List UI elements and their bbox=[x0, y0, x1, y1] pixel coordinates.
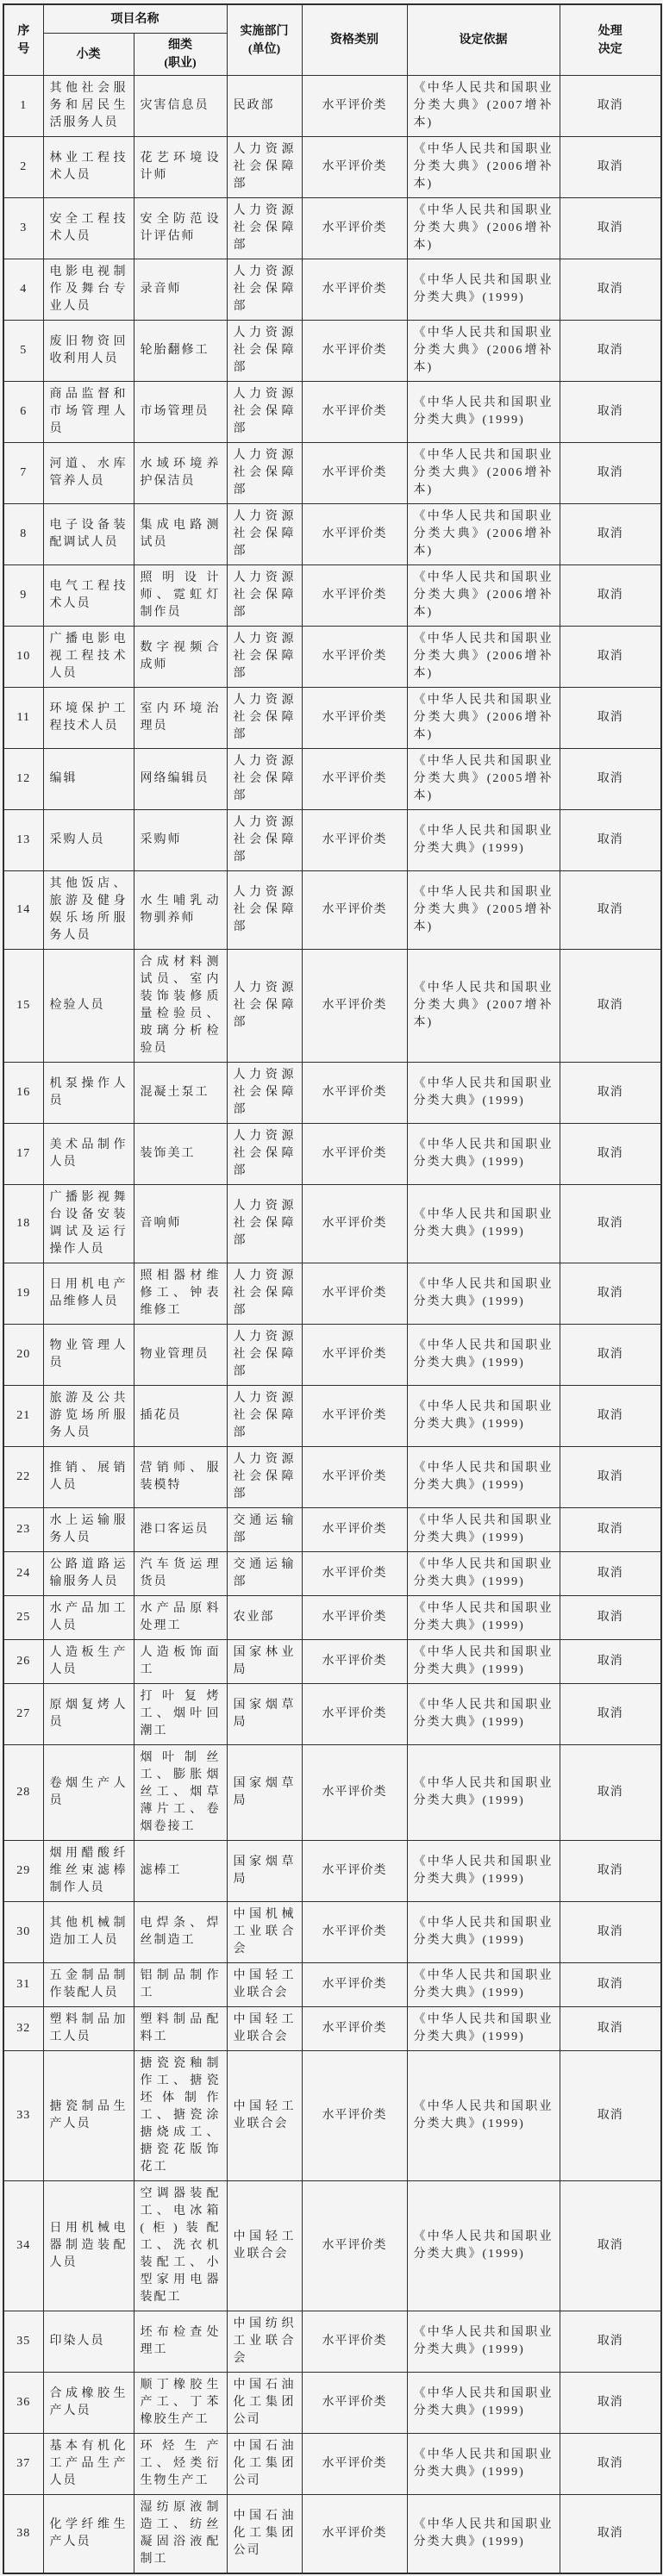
table-row: 11环境保护工程技术人员室内环境治理员人力资源社会保障部水平评价类《中华人民共和… bbox=[3, 688, 661, 749]
cell-setting-basis: 《中华人民共和国职业分类大典》(1999) bbox=[407, 1596, 560, 1640]
cell-fine-class-occupation: 室内环境治理员 bbox=[134, 688, 227, 749]
cell-handling-decision: 取消 bbox=[560, 443, 661, 504]
cell-setting-basis: 《中华人民共和国职业分类大典》(1999) bbox=[407, 2373, 560, 2434]
cell-fine-class-occupation: 人造板饰面工 bbox=[134, 1640, 227, 1684]
cell-serial-number: 29 bbox=[3, 1841, 43, 1902]
cell-fine-class-occupation: 空调器装配工、电冰箱(柜)装配工、洗衣机装配工、小型家用电器装配工 bbox=[134, 2181, 227, 2311]
cell-fine-class-occupation: 市场管理员 bbox=[134, 382, 227, 443]
table-row: 38化学纤维生产人员湿纺原液制造工、纺丝凝固浴液配制工中国石油化工集团公司水平评… bbox=[3, 2495, 661, 2574]
cell-handling-decision: 取消 bbox=[560, 1325, 661, 1386]
cell-fine-class-occupation: 水生哺乳动物驯养师 bbox=[134, 871, 227, 950]
cell-handling-decision: 取消 bbox=[560, 749, 661, 810]
cell-qualification-category: 水平评价类 bbox=[302, 627, 407, 688]
table-row: 2林业工程技术人员花艺环境设计师人力资源社会保障部水平评价类《中华人民共和国职业… bbox=[3, 137, 661, 198]
cell-qualification-category: 水平评价类 bbox=[302, 1841, 407, 1902]
cell-setting-basis: 《中华人民共和国职业分类大典》(1999) bbox=[407, 1063, 560, 1124]
cell-serial-number: 22 bbox=[3, 1447, 43, 1508]
cell-implementing-department: 人力资源社会保障部 bbox=[227, 504, 302, 565]
cell-setting-basis: 《中华人民共和国职业分类大典》(1999) bbox=[407, 1963, 560, 2007]
cell-small-class: 美术品制作人员 bbox=[43, 1124, 134, 1185]
cell-implementing-department: 中国轻工业联合会 bbox=[227, 2181, 302, 2311]
cell-setting-basis: 《中华人民共和国职业分类大典》(1999) bbox=[407, 810, 560, 871]
cell-qualification-category: 水平评价类 bbox=[302, 321, 407, 382]
cell-setting-basis: 《中华人民共和国职业分类大典》(1999) bbox=[407, 2495, 560, 2574]
cell-small-class: 电子设备装配调试人员 bbox=[43, 504, 134, 565]
table-row: 19日用机电产品维修人员照相器材维修工、钟表维修工人力资源社会保障部水平评价类《… bbox=[3, 1263, 661, 1325]
cell-setting-basis: 《中华人民共和国职业分类大典》(2006增补本) bbox=[407, 565, 560, 627]
cell-implementing-department: 国家烟草局 bbox=[227, 1684, 302, 1745]
cell-small-class: 编辑 bbox=[43, 749, 134, 810]
cell-small-class: 日用机械电器制造装配人员 bbox=[43, 2181, 134, 2311]
cell-small-class: 电气工程技术人员 bbox=[43, 565, 134, 627]
table-row: 9电气工程技术人员照明设计师、霓虹灯制作员人力资源社会保障部水平评价类《中华人民… bbox=[3, 565, 661, 627]
cell-fine-class-occupation: 营销师、服装模特 bbox=[134, 1447, 227, 1508]
cell-serial-number: 11 bbox=[3, 688, 43, 749]
cell-implementing-department: 人力资源社会保障部 bbox=[227, 810, 302, 871]
table-row: 30其他机械制造加工人员电焊条、焊丝制造工中国机械工业联合会水平评价类《中华人民… bbox=[3, 1902, 661, 1963]
cell-serial-number: 26 bbox=[3, 1640, 43, 1684]
table-row: 5废旧物资回收利用人员轮胎翻修工人力资源社会保障部水平评价类《中华人民共和国职业… bbox=[3, 321, 661, 382]
cell-implementing-department: 国家烟草局 bbox=[227, 1841, 302, 1902]
table-row: 35印染人员坯布检查处理工中国纺织工业联合会水平评价类《中华人民共和国职业分类大… bbox=[3, 2311, 661, 2373]
cell-qualification-category: 水平评价类 bbox=[302, 1263, 407, 1325]
cell-fine-class-occupation: 铝制品制作工 bbox=[134, 1963, 227, 2007]
cell-serial-number: 3 bbox=[3, 198, 43, 259]
cell-serial-number: 38 bbox=[3, 2495, 43, 2574]
cell-small-class: 环境保护工程技术人员 bbox=[43, 688, 134, 749]
cell-small-class: 化学纤维生产人员 bbox=[43, 2495, 134, 2574]
cell-implementing-department: 交通运输部 bbox=[227, 1552, 302, 1596]
cell-qualification-category: 水平评价类 bbox=[302, 504, 407, 565]
cell-fine-class-occupation: 安全防范设计评估师 bbox=[134, 198, 227, 259]
table-row: 17美术品制作人员装饰美工人力资源社会保障部水平评价类《中华人民共和国职业分类大… bbox=[3, 1124, 661, 1185]
cell-small-class: 其他饭店、旅游及健身娱乐场所服务人员 bbox=[43, 871, 134, 950]
cell-implementing-department: 中国石油化工集团公司 bbox=[227, 2434, 302, 2495]
cell-qualification-category: 水平评价类 bbox=[302, 1552, 407, 1596]
table-row: 32塑料制品加工人员塑料制品配料工中国轻工业联合会水平评价类《中华人民共和国职业… bbox=[3, 2007, 661, 2051]
cell-handling-decision: 取消 bbox=[560, 2495, 661, 2574]
header-implementing-department: 实施部门 (单位) bbox=[227, 4, 302, 76]
cell-qualification-category: 水平评价类 bbox=[302, 137, 407, 198]
table-row: 34日用机械电器制造装配人员空调器装配工、电冰箱(柜)装配工、洗衣机装配工、小型… bbox=[3, 2181, 661, 2311]
cell-setting-basis: 《中华人民共和国职业分类大典》(1999) bbox=[407, 1263, 560, 1325]
cell-handling-decision: 取消 bbox=[560, 1963, 661, 2007]
cell-handling-decision: 取消 bbox=[560, 950, 661, 1063]
cell-small-class: 河道、水库管养人员 bbox=[43, 443, 134, 504]
cell-implementing-department: 交通运输部 bbox=[227, 1508, 302, 1552]
cell-handling-decision: 取消 bbox=[560, 1185, 661, 1263]
cell-handling-decision: 取消 bbox=[560, 2181, 661, 2311]
cell-qualification-category: 水平评价类 bbox=[302, 1508, 407, 1552]
header-small-class: 小类 bbox=[43, 34, 134, 76]
cell-serial-number: 12 bbox=[3, 749, 43, 810]
cell-qualification-category: 水平评价类 bbox=[302, 565, 407, 627]
cell-handling-decision: 取消 bbox=[560, 2051, 661, 2181]
table-row: 14其他饭店、旅游及健身娱乐场所服务人员水生哺乳动物驯养师人力资源社会保障部水平… bbox=[3, 871, 661, 950]
header-fine-class-occupation: 细类 (职业) bbox=[134, 34, 227, 76]
table-row: 21旅游及公共游览场所服务人员插花员人力资源社会保障部水平评价类《中华人民共和国… bbox=[3, 1386, 661, 1447]
cell-setting-basis: 《中华人民共和国职业分类大典》(1999) bbox=[407, 2434, 560, 2495]
cell-setting-basis: 《中华人民共和国职业分类大典》(1999) bbox=[407, 2051, 560, 2181]
table-row: 8电子设备装配调试人员集成电路测试员人力资源社会保障部水平评价类《中华人民共和国… bbox=[3, 504, 661, 565]
cell-implementing-department: 人力资源社会保障部 bbox=[227, 382, 302, 443]
cell-small-class: 机泵操作人员 bbox=[43, 1063, 134, 1124]
cell-qualification-category: 水平评价类 bbox=[302, 1386, 407, 1447]
cell-qualification-category: 水平评价类 bbox=[302, 1447, 407, 1508]
cell-setting-basis: 《中华人民共和国职业分类大典》(1999) bbox=[407, 1325, 560, 1386]
cell-qualification-category: 水平评价类 bbox=[302, 2181, 407, 2311]
cell-serial-number: 10 bbox=[3, 627, 43, 688]
cell-serial-number: 30 bbox=[3, 1902, 43, 1963]
cell-fine-class-occupation: 港口客运员 bbox=[134, 1508, 227, 1552]
cell-implementing-department: 人力资源社会保障部 bbox=[227, 1063, 302, 1124]
cell-handling-decision: 取消 bbox=[560, 2373, 661, 2434]
cell-fine-class-occupation: 采购师 bbox=[134, 810, 227, 871]
table-row: 10广播电影电视工程技术人员数字视频合成师人力资源社会保障部水平评价类《中华人民… bbox=[3, 627, 661, 688]
cell-qualification-category: 水平评价类 bbox=[302, 2311, 407, 2373]
table-row: 16机泵操作人员混凝土泵工人力资源社会保障部水平评价类《中华人民共和国职业分类大… bbox=[3, 1063, 661, 1124]
cell-serial-number: 15 bbox=[3, 950, 43, 1063]
cell-implementing-department: 中国轻工业联合会 bbox=[227, 2051, 302, 2181]
cancelled-qualifications-table: 序 号 项目名称 实施部门 (单位) 资格类别 设定依据 处理 决定 小类 细类… bbox=[3, 3, 662, 2574]
cell-small-class: 林业工程技术人员 bbox=[43, 137, 134, 198]
cell-implementing-department: 人力资源社会保障部 bbox=[227, 1386, 302, 1447]
table-row: 27原烟复烤人员打叶复烤工、烟叶回潮工国家烟草局水平评价类《中华人民共和国职业分… bbox=[3, 1684, 661, 1745]
cell-fine-class-occupation: 物业管理员 bbox=[134, 1325, 227, 1386]
cell-implementing-department: 人力资源社会保障部 bbox=[227, 871, 302, 950]
cell-handling-decision: 取消 bbox=[560, 2007, 661, 2051]
cell-handling-decision: 取消 bbox=[560, 565, 661, 627]
cell-fine-class-occupation: 湿纺原液制造工、纺丝凝固浴液配制工 bbox=[134, 2495, 227, 2574]
cell-fine-class-occupation: 合成材料测试员、室内装饰装修质量检验员、玻璃分析检验员 bbox=[134, 950, 227, 1063]
cell-serial-number: 28 bbox=[3, 1745, 43, 1841]
cell-small-class: 其他机械制造加工人员 bbox=[43, 1902, 134, 1963]
cell-handling-decision: 取消 bbox=[560, 2311, 661, 2373]
cell-implementing-department: 人力资源社会保障部 bbox=[227, 1325, 302, 1386]
cell-implementing-department: 人力资源社会保障部 bbox=[227, 1124, 302, 1185]
cell-serial-number: 6 bbox=[3, 382, 43, 443]
cell-handling-decision: 取消 bbox=[560, 2434, 661, 2495]
cell-setting-basis: 《中华人民共和国职业分类大典》(1999) bbox=[407, 1386, 560, 1447]
header-qualification-category: 资格类别 bbox=[302, 4, 407, 76]
cell-qualification-category: 水平评价类 bbox=[302, 1684, 407, 1745]
cell-setting-basis: 《中华人民共和国职业分类大典》(1999) bbox=[407, 1124, 560, 1185]
cell-fine-class-occupation: 水产品原料处理工 bbox=[134, 1596, 227, 1640]
cell-qualification-category: 水平评价类 bbox=[302, 2051, 407, 2181]
cell-serial-number: 17 bbox=[3, 1124, 43, 1185]
cell-handling-decision: 取消 bbox=[560, 1508, 661, 1552]
cell-implementing-department: 人力资源社会保障部 bbox=[227, 259, 302, 321]
table-row: 31五金制品制作装配人员铝制品制作工中国轻工业联合会水平评价类《中华人民共和国职… bbox=[3, 1963, 661, 2007]
cell-serial-number: 2 bbox=[3, 137, 43, 198]
cell-setting-basis: 《中华人民共和国职业分类大典》(2007增补本) bbox=[407, 76, 560, 137]
table-row: 20物业管理人员物业管理员人力资源社会保障部水平评价类《中华人民共和国职业分类大… bbox=[3, 1325, 661, 1386]
cell-fine-class-occupation: 电焊条、焊丝制造工 bbox=[134, 1902, 227, 1963]
cell-handling-decision: 取消 bbox=[560, 1596, 661, 1640]
cell-small-class: 商品监督和市场管理人员 bbox=[43, 382, 134, 443]
cell-implementing-department: 人力资源社会保障部 bbox=[227, 950, 302, 1063]
cell-serial-number: 32 bbox=[3, 2007, 43, 2051]
table-body: 1其他社会服务和居民生活服务人员灾害信息员民政部水平评价类《中华人民共和国职业分… bbox=[3, 76, 661, 2574]
cell-setting-basis: 《中华人民共和国职业分类大典》(1999) bbox=[407, 2007, 560, 2051]
cell-fine-class-occupation: 滤棒工 bbox=[134, 1841, 227, 1902]
cell-setting-basis: 《中华人民共和国职业分类大典》(1999) bbox=[407, 1185, 560, 1263]
cell-implementing-department: 人力资源社会保障部 bbox=[227, 565, 302, 627]
cell-fine-class-occupation: 网络编辑员 bbox=[134, 749, 227, 810]
cell-serial-number: 19 bbox=[3, 1263, 43, 1325]
table-row: 28卷烟生产人员烟叶制丝工、膨胀烟丝工、烟草薄片工、卷烟卷接工国家烟草局水平评价… bbox=[3, 1745, 661, 1841]
cell-small-class: 印染人员 bbox=[43, 2311, 134, 2373]
cell-small-class: 安全工程技术人员 bbox=[43, 198, 134, 259]
cell-small-class: 原烟复烤人员 bbox=[43, 1684, 134, 1745]
cell-qualification-category: 水平评价类 bbox=[302, 1963, 407, 2007]
cell-handling-decision: 取消 bbox=[560, 504, 661, 565]
cell-qualification-category: 水平评价类 bbox=[302, 2373, 407, 2434]
table-row: 15检验人员合成材料测试员、室内装饰装修质量检验员、玻璃分析检验员人力资源社会保… bbox=[3, 950, 661, 1063]
header-setting-basis: 设定依据 bbox=[407, 4, 560, 76]
cell-implementing-department: 中国石油化工集团公司 bbox=[227, 2373, 302, 2434]
cell-small-class: 基本有机化工产品生产人员 bbox=[43, 2434, 134, 2495]
cell-setting-basis: 《中华人民共和国职业分类大典》(1999) bbox=[407, 2181, 560, 2311]
cell-fine-class-occupation: 照相器材维修工、钟表维修工 bbox=[134, 1263, 227, 1325]
cell-small-class: 广播电影电视工程技术人员 bbox=[43, 627, 134, 688]
cell-serial-number: 13 bbox=[3, 810, 43, 871]
cell-implementing-department: 人力资源社会保障部 bbox=[227, 198, 302, 259]
cell-fine-class-occupation: 塑料制品配料工 bbox=[134, 2007, 227, 2051]
cell-implementing-department: 人力资源社会保障部 bbox=[227, 1185, 302, 1263]
cell-setting-basis: 《中华人民共和国职业分类大典》(2006增补本) bbox=[407, 443, 560, 504]
table-row: 29烟用醋酸纤维丝束滤棒制作人员滤棒工国家烟草局水平评价类《中华人民共和国职业分… bbox=[3, 1841, 661, 1902]
table-row: 4电影电视制作及舞台专业人员录音师人力资源社会保障部水平评价类《中华人民共和国职… bbox=[3, 259, 661, 321]
cell-setting-basis: 《中华人民共和国职业分类大典》(2006增补本) bbox=[407, 137, 560, 198]
cell-setting-basis: 《中华人民共和国职业分类大典》(1999) bbox=[407, 1841, 560, 1902]
cell-fine-class-occupation: 汽车货运理货员 bbox=[134, 1552, 227, 1596]
cell-small-class: 合成橡胶生产人员 bbox=[43, 2373, 134, 2434]
table-row: 22推销、展销人员营销师、服装模特人力资源社会保障部水平评价类《中华人民共和国职… bbox=[3, 1447, 661, 1508]
cell-fine-class-occupation: 水域环境养护保洁员 bbox=[134, 443, 227, 504]
cell-serial-number: 8 bbox=[3, 504, 43, 565]
cell-setting-basis: 《中华人民共和国职业分类大典》(2006增补本) bbox=[407, 504, 560, 565]
cell-fine-class-occupation: 插花员 bbox=[134, 1386, 227, 1447]
cell-serial-number: 9 bbox=[3, 565, 43, 627]
table-row: 6商品监督和市场管理人员市场管理员人力资源社会保障部水平评价类《中华人民共和国职… bbox=[3, 382, 661, 443]
cell-small-class: 水上运输服务人员 bbox=[43, 1508, 134, 1552]
cell-serial-number: 37 bbox=[3, 2434, 43, 2495]
cell-qualification-category: 水平评价类 bbox=[302, 1063, 407, 1124]
cell-handling-decision: 取消 bbox=[560, 1745, 661, 1841]
table-row: 24公路道路运输服务人员汽车货运理货员交通运输部水平评价类《中华人民共和国职业分… bbox=[3, 1552, 661, 1596]
cell-serial-number: 35 bbox=[3, 2311, 43, 2373]
cell-handling-decision: 取消 bbox=[560, 1841, 661, 1902]
cell-fine-class-occupation: 坯布检查处理工 bbox=[134, 2311, 227, 2373]
cell-setting-basis: 《中华人民共和国职业分类大典》(2006增补本) bbox=[407, 198, 560, 259]
table-row: 13采购人员采购师人力资源社会保障部水平评价类《中华人民共和国职业分类大典》(1… bbox=[3, 810, 661, 871]
cell-setting-basis: 《中华人民共和国职业分类大典》(2006增补本) bbox=[407, 321, 560, 382]
cell-qualification-category: 水平评价类 bbox=[302, 1596, 407, 1640]
cell-small-class: 其他社会服务和居民生活服务人员 bbox=[43, 76, 134, 137]
table-row: 7河道、水库管养人员水域环境养护保洁员人力资源社会保障部水平评价类《中华人民共和… bbox=[3, 443, 661, 504]
cell-small-class: 推销、展销人员 bbox=[43, 1447, 134, 1508]
cell-implementing-department: 人力资源社会保障部 bbox=[227, 137, 302, 198]
cell-qualification-category: 水平评价类 bbox=[302, 1745, 407, 1841]
cell-qualification-category: 水平评价类 bbox=[302, 259, 407, 321]
cell-setting-basis: 《中华人民共和国职业分类大典》(2006增补本) bbox=[407, 627, 560, 688]
cell-small-class: 广播影视舞台设备安装调试及运行操作人员 bbox=[43, 1185, 134, 1263]
cell-qualification-category: 水平评价类 bbox=[302, 2434, 407, 2495]
cell-small-class: 水产品加工人员 bbox=[43, 1596, 134, 1640]
cell-serial-number: 18 bbox=[3, 1185, 43, 1263]
cell-implementing-department: 中国机械工业联合会 bbox=[227, 1902, 302, 1963]
cell-setting-basis: 《中华人民共和国职业分类大典》(1999) bbox=[407, 382, 560, 443]
cell-implementing-department: 农业部 bbox=[227, 1596, 302, 1640]
cell-fine-class-occupation: 混凝土泵工 bbox=[134, 1063, 227, 1124]
table-row: 1其他社会服务和居民生活服务人员灾害信息员民政部水平评价类《中华人民共和国职业分… bbox=[3, 76, 661, 137]
cell-qualification-category: 水平评价类 bbox=[302, 1124, 407, 1185]
cell-fine-class-occupation: 集成电路测试员 bbox=[134, 504, 227, 565]
cell-handling-decision: 取消 bbox=[560, 871, 661, 950]
cell-fine-class-occupation: 打叶复烤工、烟叶回潮工 bbox=[134, 1684, 227, 1745]
cell-qualification-category: 水平评价类 bbox=[302, 76, 407, 137]
cell-qualification-category: 水平评价类 bbox=[302, 1640, 407, 1684]
cell-fine-class-occupation: 录音师 bbox=[134, 259, 227, 321]
cell-implementing-department: 国家林业局 bbox=[227, 1640, 302, 1684]
header-handling-decision: 处理 决定 bbox=[560, 4, 661, 76]
table-row: 26人造板生产人员人造板饰面工国家林业局水平评价类《中华人民共和国职业分类大典》… bbox=[3, 1640, 661, 1684]
cell-fine-class-occupation: 音响师 bbox=[134, 1185, 227, 1263]
cell-small-class: 检验人员 bbox=[43, 950, 134, 1063]
table-row: 23水上运输服务人员港口客运员交通运输部水平评价类《中华人民共和国职业分类大典》… bbox=[3, 1508, 661, 1552]
cell-fine-class-occupation: 环烃生产工、烃类衍生物生产工 bbox=[134, 2434, 227, 2495]
cell-small-class: 电影电视制作及舞台专业人员 bbox=[43, 259, 134, 321]
cell-small-class: 烟用醋酸纤维丝束滤棒制作人员 bbox=[43, 1841, 134, 1902]
cell-setting-basis: 《中华人民共和国职业分类大典》(1999) bbox=[407, 2311, 560, 2373]
cell-serial-number: 1 bbox=[3, 76, 43, 137]
cell-handling-decision: 取消 bbox=[560, 688, 661, 749]
cell-serial-number: 23 bbox=[3, 1508, 43, 1552]
cell-serial-number: 4 bbox=[3, 259, 43, 321]
cell-qualification-category: 水平评价类 bbox=[302, 871, 407, 950]
cell-fine-class-occupation: 轮胎翻修工 bbox=[134, 321, 227, 382]
cell-small-class: 五金制品制作装配人员 bbox=[43, 1963, 134, 2007]
cell-small-class: 搪瓷制品生产人员 bbox=[43, 2051, 134, 2181]
cell-handling-decision: 取消 bbox=[560, 1902, 661, 1963]
table-row: 12编辑网络编辑员人力资源社会保障部水平评价类《中华人民共和国职业分类大典》(2… bbox=[3, 749, 661, 810]
cell-handling-decision: 取消 bbox=[560, 76, 661, 137]
cell-handling-decision: 取消 bbox=[560, 198, 661, 259]
cell-small-class: 采购人员 bbox=[43, 810, 134, 871]
cell-implementing-department: 民政部 bbox=[227, 76, 302, 137]
cell-qualification-category: 水平评价类 bbox=[302, 198, 407, 259]
cell-fine-class-occupation: 灾害信息员 bbox=[134, 76, 227, 137]
cell-implementing-department: 人力资源社会保障部 bbox=[227, 1447, 302, 1508]
cell-fine-class-occupation: 数字视频合成师 bbox=[134, 627, 227, 688]
cell-qualification-category: 水平评价类 bbox=[302, 1325, 407, 1386]
cell-qualification-category: 水平评价类 bbox=[302, 950, 407, 1063]
cell-small-class: 公路道路运输服务人员 bbox=[43, 1552, 134, 1596]
cell-qualification-category: 水平评价类 bbox=[302, 810, 407, 871]
table-row: 36合成橡胶生产人员顺丁橡胶生产工、丁苯橡胶生产工中国石油化工集团公司水平评价类… bbox=[3, 2373, 661, 2434]
cell-implementing-department: 人力资源社会保障部 bbox=[227, 443, 302, 504]
cell-fine-class-occupation: 烟叶制丝工、膨胀烟丝工、烟草薄片工、卷烟卷接工 bbox=[134, 1745, 227, 1841]
cell-setting-basis: 《中华人民共和国职业分类大典》(2005增补本) bbox=[407, 749, 560, 810]
cell-implementing-department: 中国纺织工业联合会 bbox=[227, 2311, 302, 2373]
cell-fine-class-occupation: 花艺环境设计师 bbox=[134, 137, 227, 198]
cell-handling-decision: 取消 bbox=[560, 1063, 661, 1124]
cell-serial-number: 31 bbox=[3, 1963, 43, 2007]
cell-handling-decision: 取消 bbox=[560, 1386, 661, 1447]
cell-small-class: 物业管理人员 bbox=[43, 1325, 134, 1386]
cell-setting-basis: 《中华人民共和国职业分类大典》(1999) bbox=[407, 1684, 560, 1745]
cell-implementing-department: 人力资源社会保障部 bbox=[227, 749, 302, 810]
cell-handling-decision: 取消 bbox=[560, 627, 661, 688]
cell-setting-basis: 《中华人民共和国职业分类大典》(2005增补本) bbox=[407, 871, 560, 950]
cell-fine-class-occupation: 装饰美工 bbox=[134, 1124, 227, 1185]
cell-fine-class-occupation: 照明设计师、霓虹灯制作员 bbox=[134, 565, 227, 627]
cell-implementing-department: 中国轻工业联合会 bbox=[227, 1963, 302, 2007]
cell-serial-number: 5 bbox=[3, 321, 43, 382]
cell-serial-number: 34 bbox=[3, 2181, 43, 2311]
cell-handling-decision: 取消 bbox=[560, 259, 661, 321]
header-project-name: 项目名称 bbox=[43, 4, 227, 34]
cell-qualification-category: 水平评价类 bbox=[302, 749, 407, 810]
cell-serial-number: 16 bbox=[3, 1063, 43, 1124]
cell-handling-decision: 取消 bbox=[560, 1263, 661, 1325]
cell-fine-class-occupation: 搪瓷瓷釉制作工、搪瓷坯体制作工、搪瓷涂搪烧成工、搪瓷花版饰花工 bbox=[134, 2051, 227, 2181]
cell-qualification-category: 水平评价类 bbox=[302, 382, 407, 443]
cell-implementing-department: 人力资源社会保障部 bbox=[227, 627, 302, 688]
cell-implementing-department: 中国石油化工集团公司 bbox=[227, 2495, 302, 2574]
cell-small-class: 日用机电产品维修人员 bbox=[43, 1263, 134, 1325]
cell-fine-class-occupation: 顺丁橡胶生产工、丁苯橡胶生产工 bbox=[134, 2373, 227, 2434]
cell-handling-decision: 取消 bbox=[560, 321, 661, 382]
table-row: 33搪瓷制品生产人员搪瓷瓷釉制作工、搪瓷坯体制作工、搪瓷涂搪烧成工、搪瓷花版饰花… bbox=[3, 2051, 661, 2181]
cell-qualification-category: 水平评价类 bbox=[302, 688, 407, 749]
cell-serial-number: 36 bbox=[3, 2373, 43, 2434]
cell-small-class: 旅游及公共游览场所服务人员 bbox=[43, 1386, 134, 1447]
cell-serial-number: 20 bbox=[3, 1325, 43, 1386]
cell-qualification-category: 水平评价类 bbox=[302, 2495, 407, 2574]
cell-serial-number: 25 bbox=[3, 1596, 43, 1640]
cell-serial-number: 33 bbox=[3, 2051, 43, 2181]
table-row: 18广播影视舞台设备安装调试及运行操作人员音响师人力资源社会保障部水平评价类《中… bbox=[3, 1185, 661, 1263]
cell-serial-number: 24 bbox=[3, 1552, 43, 1596]
table-row: 25水产品加工人员水产品原料处理工农业部水平评价类《中华人民共和国职业分类大典》… bbox=[3, 1596, 661, 1640]
table-header: 序 号 项目名称 实施部门 (单位) 资格类别 设定依据 处理 决定 小类 细类… bbox=[3, 4, 661, 76]
cell-handling-decision: 取消 bbox=[560, 382, 661, 443]
cell-small-class: 废旧物资回收利用人员 bbox=[43, 321, 134, 382]
cell-handling-decision: 取消 bbox=[560, 137, 661, 198]
cell-setting-basis: 《中华人民共和国职业分类大典》(1999) bbox=[407, 1552, 560, 1596]
cell-setting-basis: 《中华人民共和国职业分类大典》(1999) bbox=[407, 1508, 560, 1552]
cell-handling-decision: 取消 bbox=[560, 810, 661, 871]
cell-handling-decision: 取消 bbox=[560, 1552, 661, 1596]
cell-qualification-category: 水平评价类 bbox=[302, 1902, 407, 1963]
cell-setting-basis: 《中华人民共和国职业分类大典》(2007增补本) bbox=[407, 950, 560, 1063]
cell-setting-basis: 《中华人民共和国职业分类大典》(1999) bbox=[407, 1447, 560, 1508]
cell-implementing-department: 人力资源社会保障部 bbox=[227, 1263, 302, 1325]
table-row: 37基本有机化工产品生产人员环烃生产工、烃类衍生物生产工中国石油化工集团公司水平… bbox=[3, 2434, 661, 2495]
cell-handling-decision: 取消 bbox=[560, 1124, 661, 1185]
cell-serial-number: 21 bbox=[3, 1386, 43, 1447]
cell-implementing-department: 中国轻工业联合会 bbox=[227, 2007, 302, 2051]
cell-setting-basis: 《中华人民共和国职业分类大典》(1999) bbox=[407, 1745, 560, 1841]
cell-serial-number: 7 bbox=[3, 443, 43, 504]
cell-serial-number: 27 bbox=[3, 1684, 43, 1745]
cell-qualification-category: 水平评价类 bbox=[302, 2007, 407, 2051]
cell-small-class: 塑料制品加工人员 bbox=[43, 2007, 134, 2051]
cell-qualification-category: 水平评价类 bbox=[302, 443, 407, 504]
cell-handling-decision: 取消 bbox=[560, 1684, 661, 1745]
